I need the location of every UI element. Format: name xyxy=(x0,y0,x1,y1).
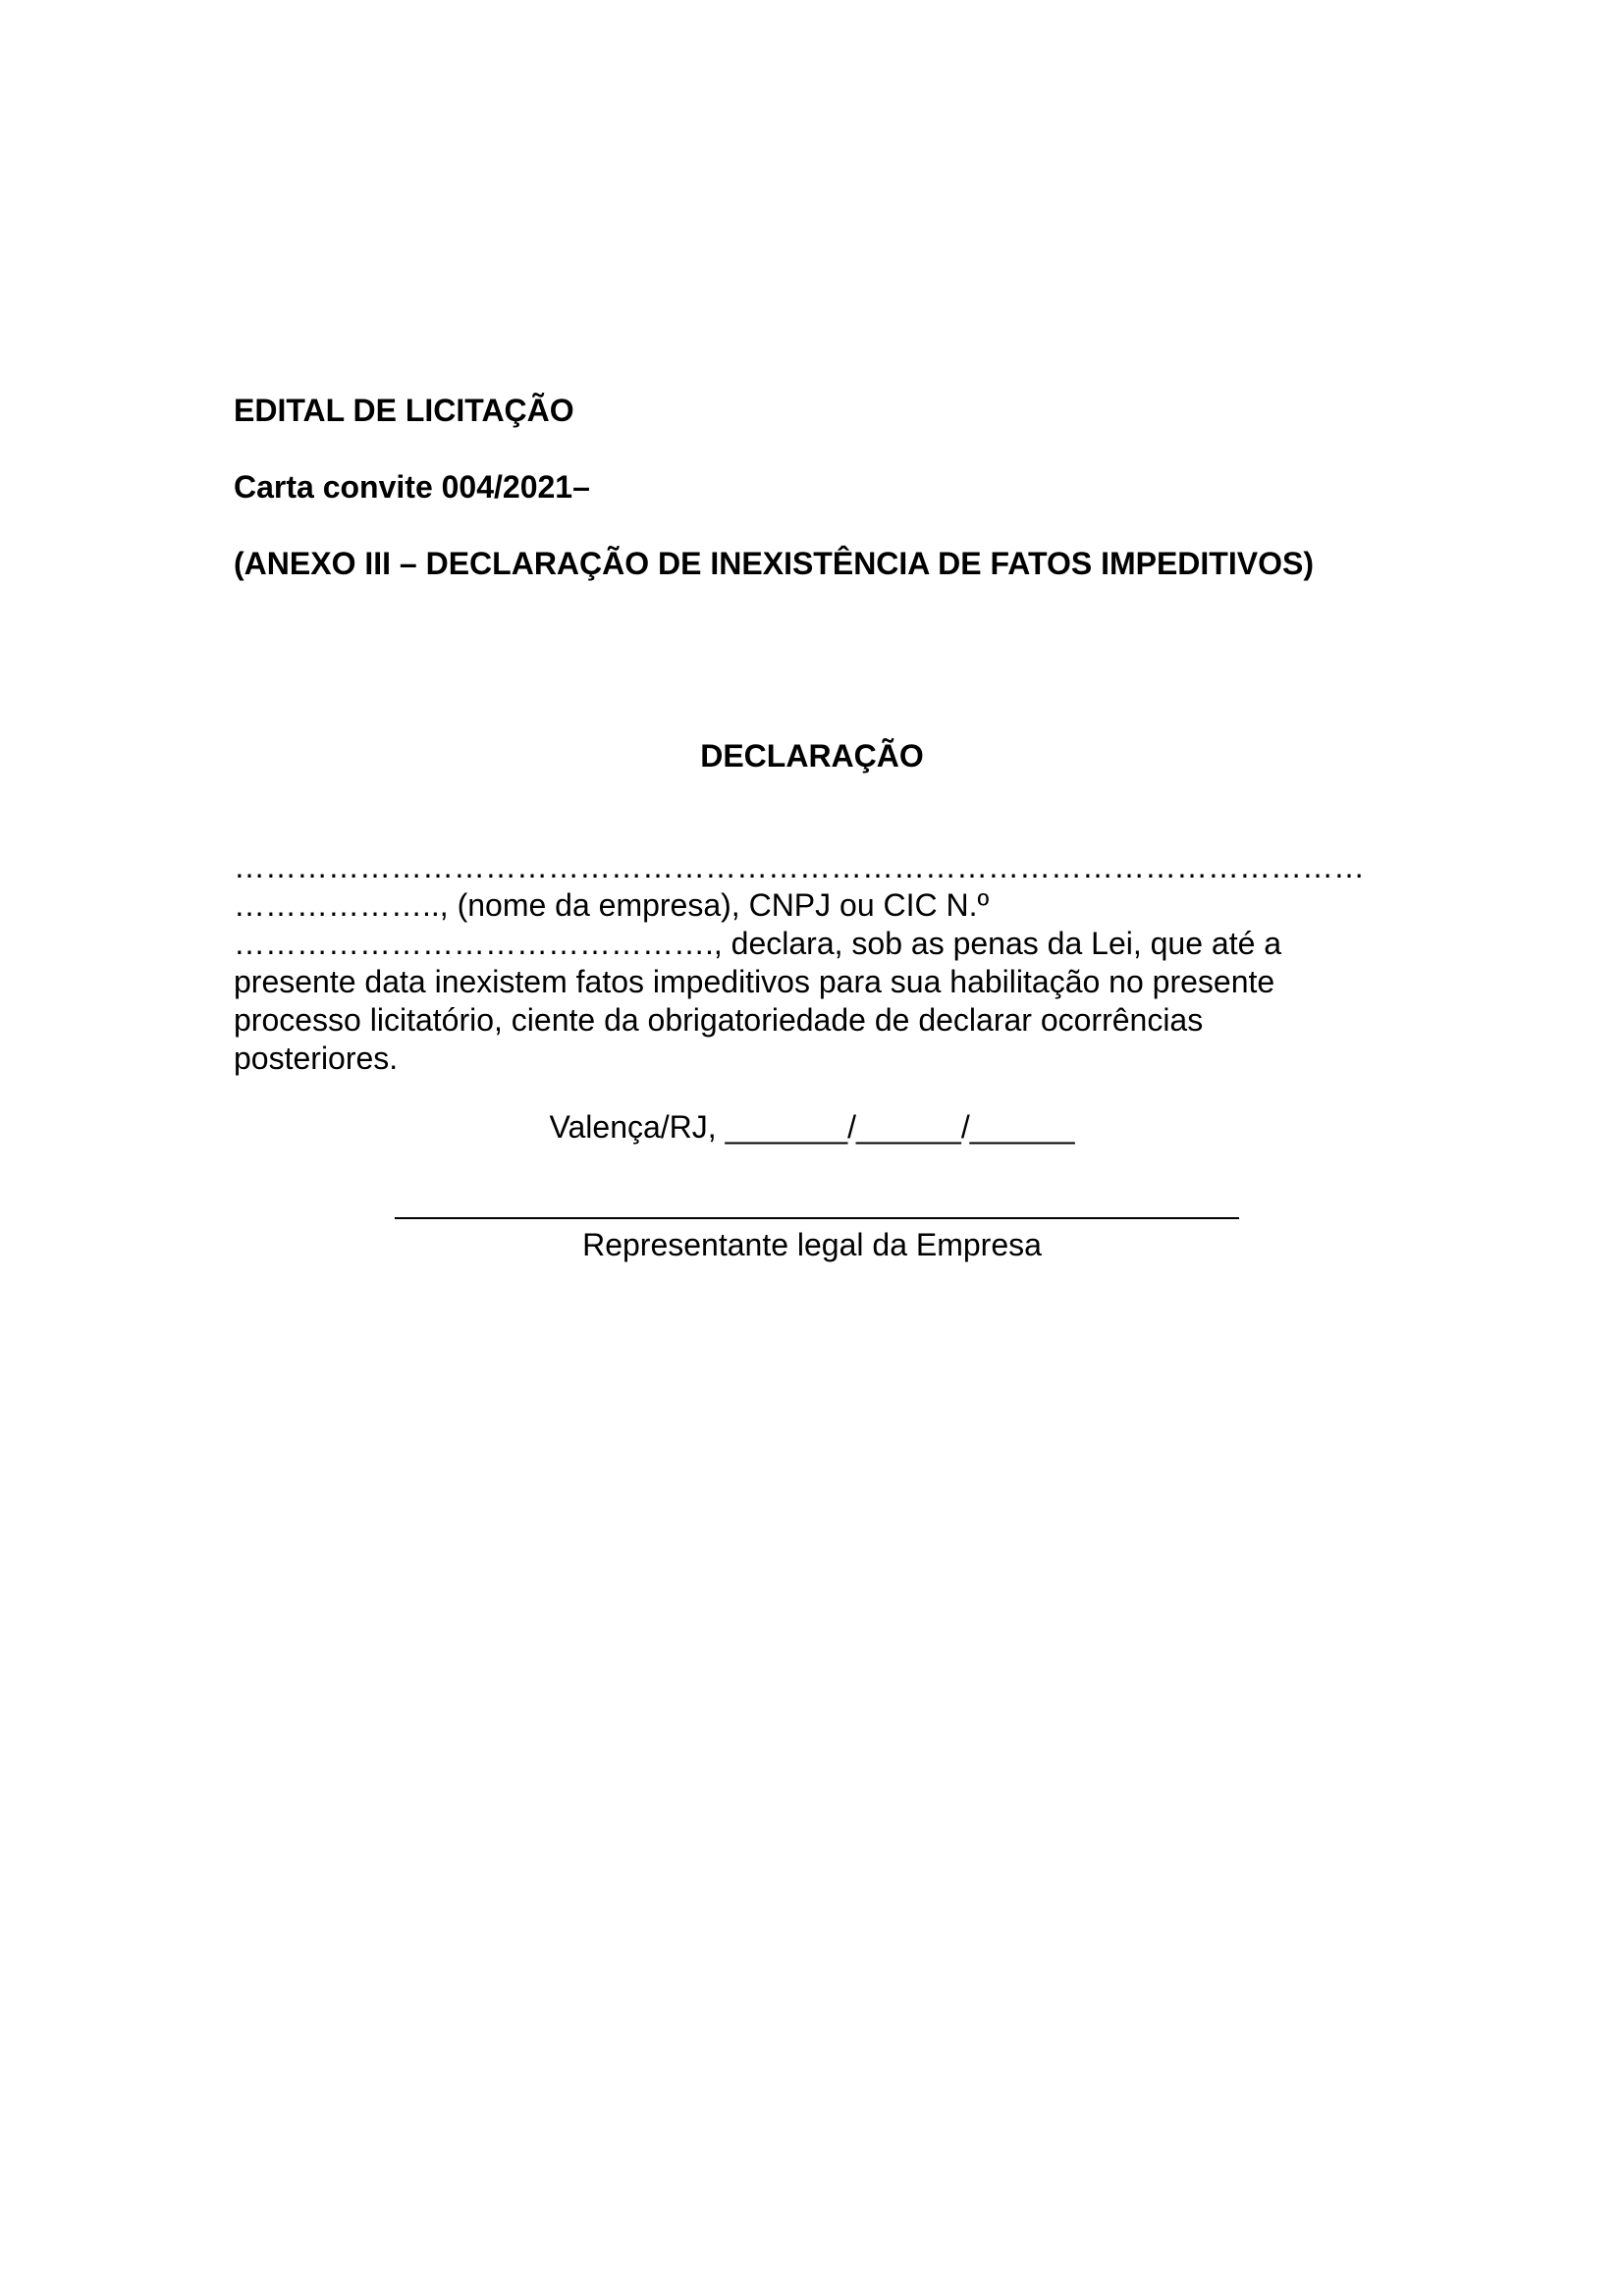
signature-line xyxy=(395,1217,1239,1219)
declaration-heading: DECLARAÇÃO xyxy=(0,738,1624,774)
body-line: presente data inexistem fatos impeditivo… xyxy=(234,963,1392,1001)
annex-title: (ANEXO III – DECLARAÇÃO DE INEXISTÊNCIA … xyxy=(234,548,1314,579)
body-line: ………………………………………., declara, sob as penas … xyxy=(234,925,1392,963)
document-page: EDITAL DE LICITAÇÃO Carta convite 004/20… xyxy=(0,0,1624,2296)
signer-label: Representante legal da Empresa xyxy=(0,1227,1624,1263)
document-subtitle: Carta convite 004/2021– xyxy=(234,471,590,503)
document-title: EDITAL DE LICITAÇÃO xyxy=(234,395,574,426)
body-line: ……………….., (nome da empresa), CNPJ ou CIC… xyxy=(234,886,1392,925)
declaration-body: ……………………………………………………………………………………………… ………… xyxy=(234,848,1392,1078)
body-line: posteriores. xyxy=(234,1040,1392,1078)
place-date-line: Valença/RJ, _______/______/______ xyxy=(0,1109,1624,1146)
body-line: processo licitatório, ciente da obrigato… xyxy=(234,1001,1392,1040)
company-name-blank: ……………………………………………………………………………………………… xyxy=(234,848,1392,886)
